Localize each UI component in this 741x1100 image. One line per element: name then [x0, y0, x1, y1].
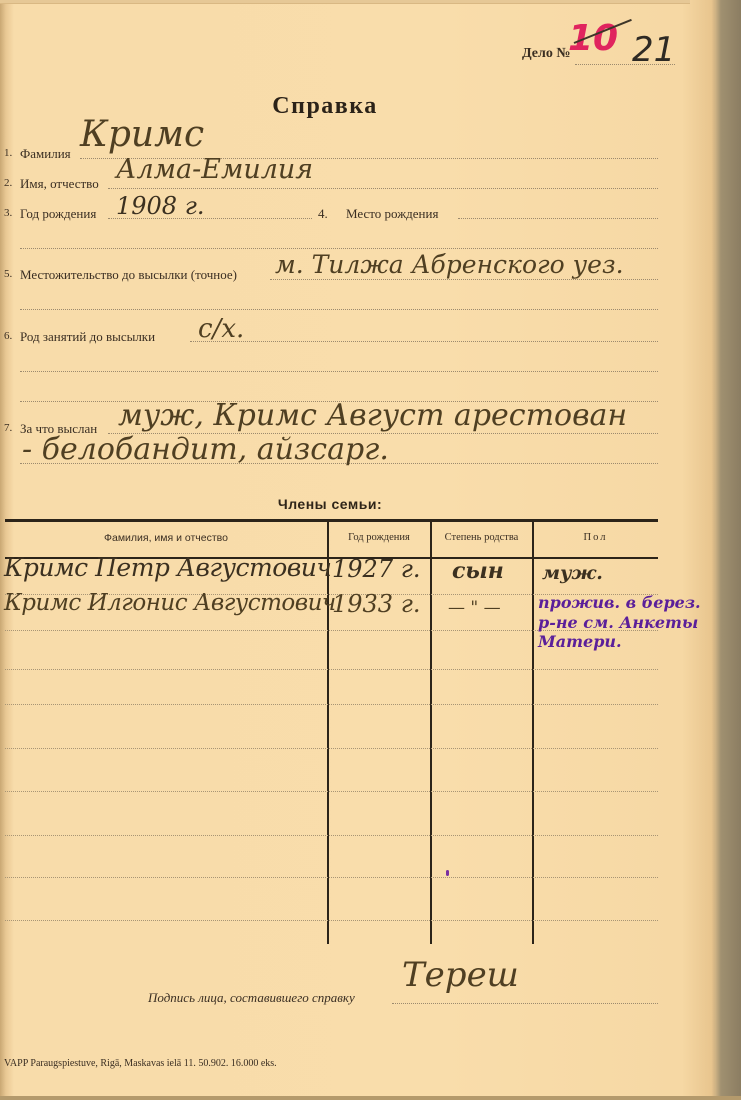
printer-imprint: VAPP Paraugspiestuve, Rigā, Maskavas iel… — [4, 1058, 277, 1069]
field-occupation-line — [190, 341, 658, 342]
field-5-number: 5. — [4, 268, 12, 280]
field-occupation-value: с/х. — [198, 314, 244, 344]
column-header-sex: Пол — [533, 532, 658, 543]
table-row-line — [5, 877, 658, 878]
column-header-birth-year: Год рождения — [328, 532, 430, 543]
field-7-number: 7. — [4, 422, 12, 434]
field-birth-year-label: Год рождения — [20, 206, 96, 222]
case-number-crossed-out: 10 — [568, 18, 618, 59]
column-header-relation: Степень родства — [431, 532, 532, 543]
table-top-rule — [5, 519, 658, 522]
table-row-line — [5, 920, 658, 921]
field-name-line — [108, 188, 658, 189]
table-column-divider-1 — [327, 519, 329, 944]
field-occupation-line-2 — [20, 371, 658, 372]
family-note-line-2: р-не см. Анкеты — [538, 613, 698, 633]
family-section-title: Члены семьи: — [0, 496, 660, 512]
field-birthplace-line — [458, 218, 658, 219]
field-residence-label: Местожительство до высылки (точное) — [20, 267, 237, 283]
table-row-line — [5, 748, 658, 749]
field-name-value: Алма-Емилия — [116, 154, 313, 185]
signature-label: Подпись лица, составившего справку — [148, 990, 355, 1006]
field-occupation-label: Род занятий до высылки — [20, 329, 155, 345]
table-row-line — [5, 835, 658, 836]
table-row-line — [5, 704, 658, 705]
field-birthplace-label: Место рождения — [346, 206, 438, 222]
signature-line — [392, 1003, 658, 1004]
field-surname-value: Кримс — [80, 114, 204, 155]
family-row-2-birth-year: 1933 г. — [332, 590, 420, 618]
signature-value: Тереш — [402, 955, 519, 995]
field-residence-value: м. Тилжа Абренского уез. — [275, 250, 624, 279]
family-row-1-relation: сын — [452, 558, 504, 584]
case-number-label: Дело № — [522, 46, 570, 62]
family-note-line-1: прожив. в берез. — [538, 593, 701, 613]
field-6-number: 6. — [4, 330, 12, 342]
page-top-edge — [0, 0, 690, 4]
document-page: Дело № 10 21 Справка 1. Фамилия Кримс 2.… — [0, 0, 741, 1100]
page-right-edge — [715, 0, 741, 1100]
table-column-divider-3 — [532, 519, 534, 944]
ink-speck — [446, 870, 449, 876]
table-column-divider-2 — [430, 519, 432, 944]
family-row-2-relation: — " — — [448, 598, 501, 618]
case-number-value: 21 — [632, 30, 675, 70]
field-reason-value-line-2: - белобандит, айзсарг. — [22, 432, 389, 467]
family-row-2-name: Кримс Илгонис Августович — [4, 590, 336, 616]
field-name-label: Имя, отчество — [20, 176, 99, 192]
family-row-1-sex: муж. — [542, 562, 603, 584]
field-birth-year-value: 1908 г. — [116, 192, 204, 220]
field-residence-line — [270, 279, 658, 280]
family-note-line-3: Матери. — [538, 632, 622, 652]
column-header-name: Фамилия, имя и отчество — [5, 532, 327, 544]
table-row-line — [5, 791, 658, 792]
field-residence-line-2 — [20, 309, 658, 310]
family-row-1-birth-year: 1927 г. — [332, 555, 420, 583]
field-4-number: 4. — [318, 206, 328, 222]
field-reason-value-line-1: муж, Кримс Август арестован — [118, 398, 627, 433]
table-row-line — [5, 669, 658, 670]
field-3-number: 3. — [4, 207, 12, 219]
field-birthplace-line-2 — [20, 248, 658, 249]
field-surname-label: Фамилия — [20, 146, 71, 162]
field-2-number: 2. — [4, 177, 12, 189]
page-bottom-edge — [0, 1096, 741, 1100]
field-1-number: 1. — [4, 147, 12, 159]
family-row-1-name: Кримс Петр Августович — [4, 553, 331, 582]
